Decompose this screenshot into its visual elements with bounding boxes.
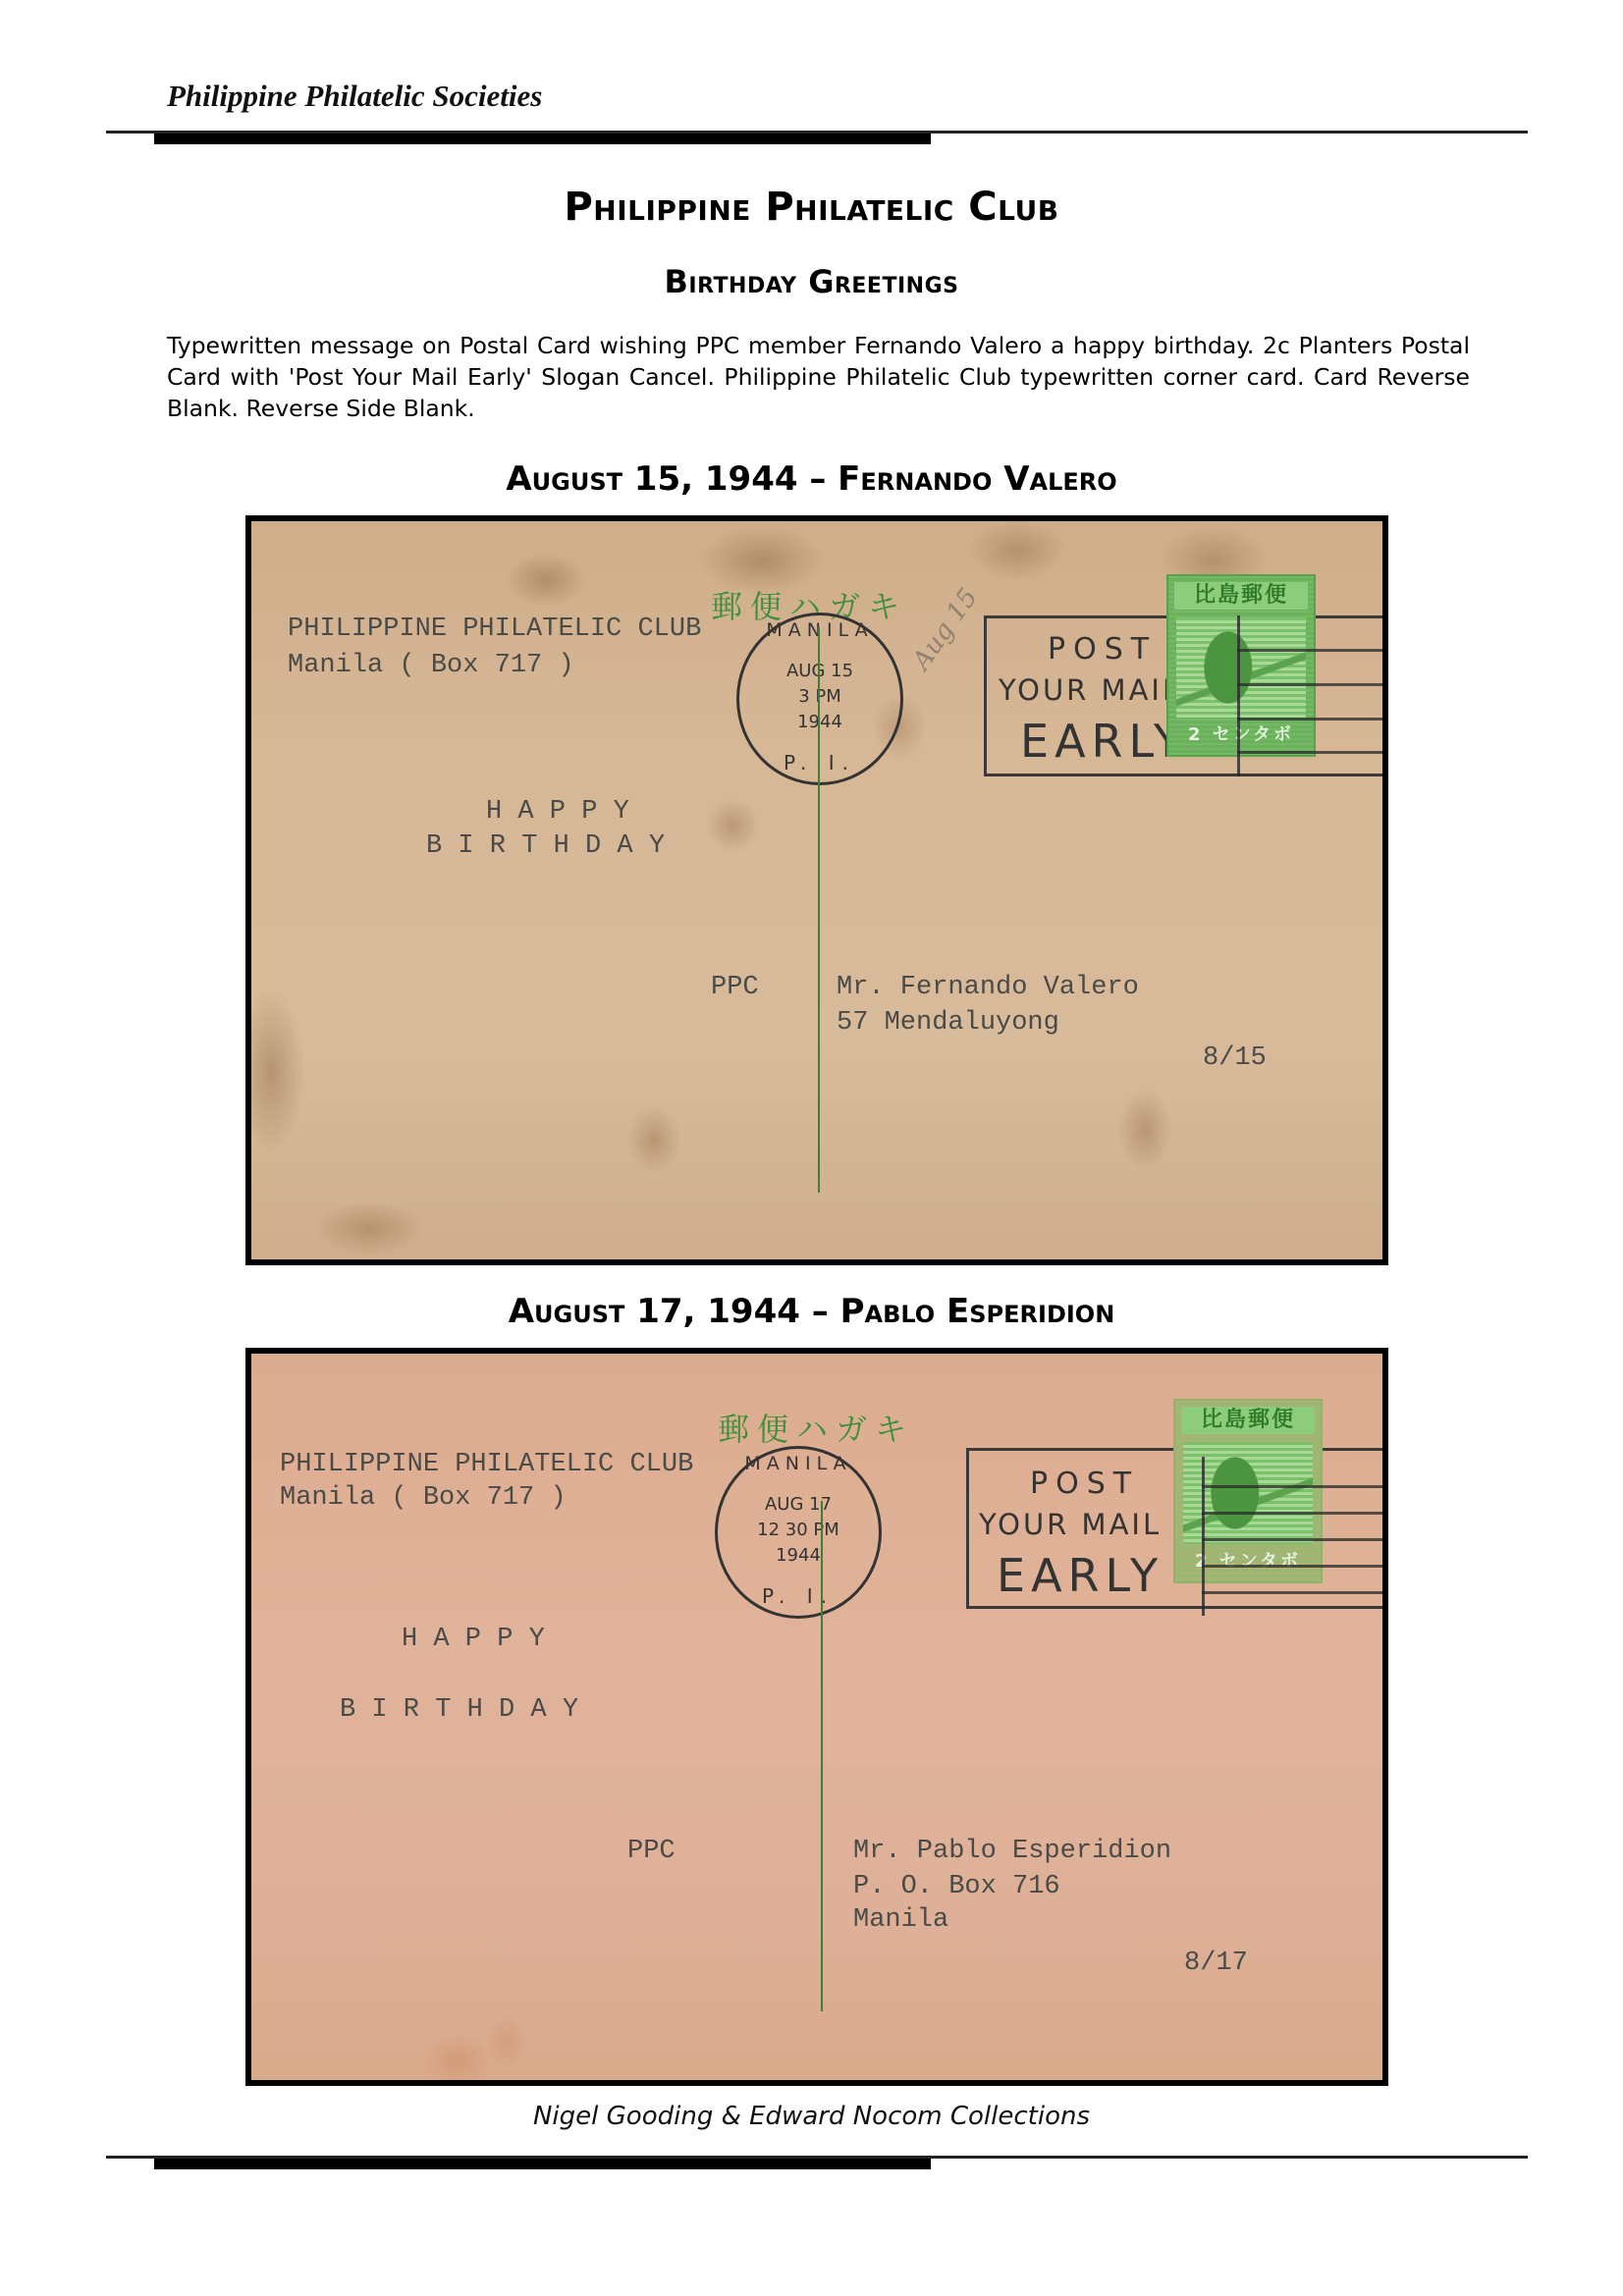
slogan-line-3: EARLY [1020,715,1187,768]
slogan-line-2: YOUR MAIL [979,1508,1162,1541]
date-note: 8/15 [1203,1045,1267,1072]
address-line-2: 57 Mendaluyong [837,1010,1059,1037]
card-divider-line [821,1501,823,2011]
message-line-2: B I R T H D A Y [340,1697,578,1724]
card-type-japanese: 郵便ハガキ [718,1405,914,1450]
sender-initials: PPC [711,975,759,1001]
footer-rule-bar [154,2159,931,2169]
stamp-country-text: 比島郵便 [1181,1407,1315,1434]
pencil-annotation: Aug 15 [907,583,984,675]
cancel-bar [1202,1538,1388,1541]
postal-card-2: 郵便ハガキ PHILIPPINE PHILATELIC CLUB Manila … [245,1348,1388,2086]
page-subtitle: Birthday Greetings [0,263,1623,300]
cancel-bar [1237,718,1388,721]
address-line-1: Mr. Pablo Esperidion [853,1839,1171,1865]
card-heading-1: August 15, 1944 – Fernando Valero [0,459,1623,499]
slogan-line-1: POST [1030,1467,1139,1501]
running-header-title: Philippine Philatelic Societies [167,79,542,114]
page-title: Philippine Philatelic Club [0,185,1623,230]
postmark-date: AUG 15 [739,663,900,680]
postmark-region: P. I. [739,751,900,774]
imprinted-stamp-2: 比島郵便 2 センタボ [1173,1399,1323,1583]
cancel-bar [1202,1565,1388,1568]
card-divider-line [818,627,820,1193]
stamp-country-text: 比島郵便 [1174,582,1308,610]
postmark-1: MANILA AUG 15 3 PM 1944 P. I. [736,613,903,785]
sender-initials: PPC [627,1839,676,1865]
postal-card-1: 郵便ハガキ PHILIPPINE PHILATELIC CLUB Manila … [245,515,1388,1265]
postmark-city: MANILA [739,619,900,641]
corner-card-line-2: Manila ( Box 717 ) [288,653,574,679]
cancel-bar [1202,1512,1388,1515]
postmark-time: 3 PM [739,688,900,706]
postmark-date: AUG 17 [718,1496,879,1514]
slogan-line-1: POST [1048,632,1157,667]
postmark-year: 1944 [718,1547,879,1565]
description-paragraph: Typewritten message on Postal Card wishi… [167,330,1470,424]
imprinted-stamp-1: 比島郵便 2 センタボ [1166,574,1316,757]
card-heading-2: August 17, 1944 – Pablo Esperidion [0,1292,1623,1331]
postmark-2: MANILA AUG 17 12 30 PM 1944 P. I. [715,1446,882,1619]
address-line-3: Manila [853,1907,948,1934]
postmark-year: 1944 [739,714,900,731]
collection-credit: Nigel Gooding & Edward Nocom Collections [0,2102,1623,2131]
header-rule-bar [154,133,931,144]
message-line-1: H A P P Y [402,1627,545,1653]
cancel-bar [1202,1591,1388,1594]
date-note: 8/17 [1184,1950,1248,1977]
corner-card-line-2: Manila ( Box 717 ) [280,1485,567,1512]
cancel-bar [1237,751,1388,754]
cancel-bar [1237,683,1388,686]
slogan-line-2: YOUR MAIL [999,673,1181,707]
corner-card-line-1: PHILIPPINE PHILATELIC CLUB [288,616,701,643]
message-line-2: B I R T H D A Y [426,833,665,860]
cancel-bar [1202,1485,1388,1488]
postmark-region: P. I. [718,1584,879,1608]
cancel-bar [1237,649,1388,652]
address-line-1: Mr. Fernando Valero [837,975,1139,1001]
slogan-line-3: EARLY [997,1549,1163,1602]
message-line-1: H A P P Y [486,799,629,826]
planter-stamp-art-icon [1176,617,1306,718]
address-line-2: P. O. Box 716 [853,1874,1060,1900]
postmark-time: 12 30 PM [718,1522,879,1539]
stamp-value-text: 2 センタボ [1174,721,1308,749]
corner-card-line-1: PHILIPPINE PHILATELIC CLUB [280,1452,693,1478]
postmark-city: MANILA [718,1453,879,1474]
